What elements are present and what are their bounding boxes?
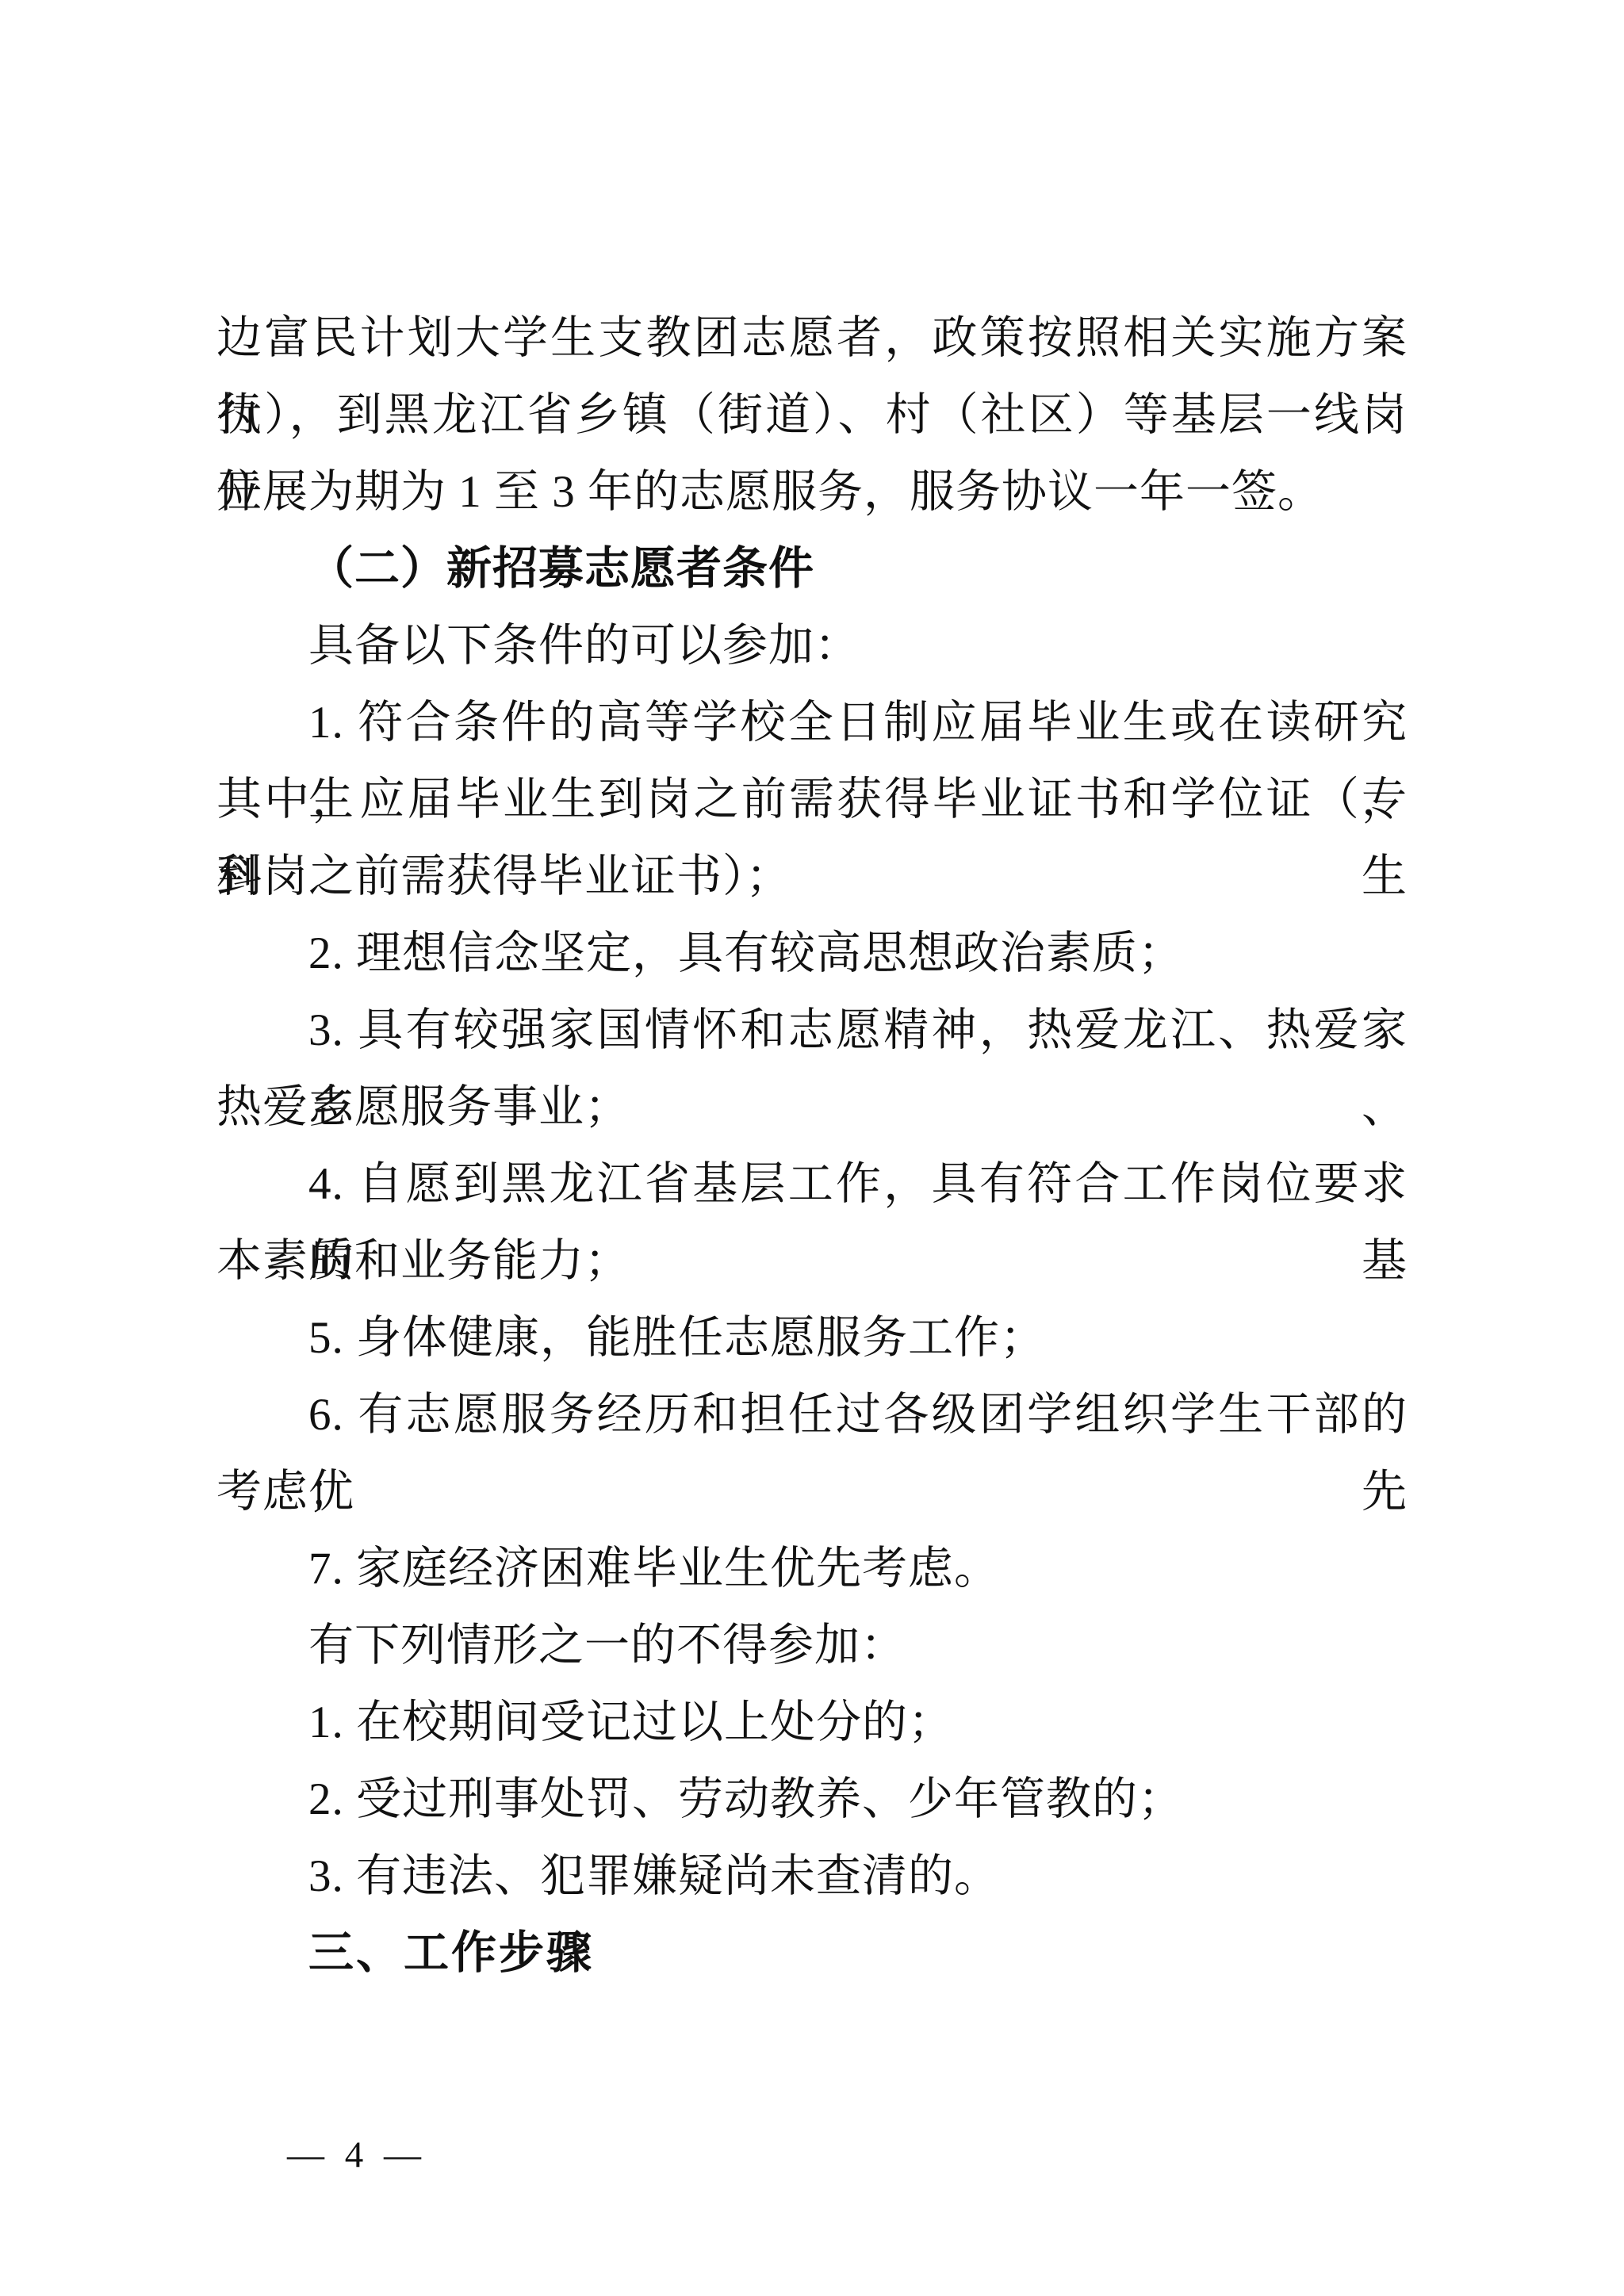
body-text-line: 行），到黑龙江省乡镇（街道）、村（社区）等基层一线岗位 <box>216 377 1408 453</box>
body-text-line: 边富民计划大学生支教团志愿者，政策按照相关实施方案执 <box>216 300 1408 377</box>
numbered-item-line: 1. 符合条件的高等学校全日制应届毕业生或在读研究生， <box>216 684 1408 761</box>
numbered-item-line: 6. 有志愿服务经历和担任过各级团学组织学生干部的优先 <box>216 1376 1408 1453</box>
body-text-line: 有下列情形之一的不得参加： <box>216 1607 1408 1684</box>
body-text-line: 开展为期为 1 至 3 年的志愿服务，服务协议一年一签。 <box>216 453 1408 530</box>
numbered-item-line: 2. 理想信念坚定，具有较高思想政治素质； <box>216 915 1408 992</box>
body-text-line: 具备以下条件的可以参加： <box>216 607 1408 684</box>
page-number: — 4 — <box>287 2131 421 2179</box>
numbered-item-line: 7. 家庭经济困难毕业生优先考虑。 <box>216 1530 1408 1607</box>
document-page: 边富民计划大学生支教团志愿者，政策按照相关实施方案执 行），到黑龙江省乡镇（街道… <box>0 0 1624 2296</box>
subsection-heading: （二）新招募志愿者条件 <box>216 530 1408 607</box>
numbered-item-line: 1. 在校期间受记过以上处分的； <box>216 1684 1408 1761</box>
numbered-item-line: 3. 有违法、犯罪嫌疑尚未查清的。 <box>216 1838 1408 1915</box>
numbered-item-line: 5. 身体健康，能胜任志愿服务工作； <box>216 1299 1408 1376</box>
numbered-item-line: 3. 具有较强家国情怀和志愿精神，热爱龙江、热爱家乡、 <box>216 992 1408 1069</box>
numbered-item-line: 4. 自愿到黑龙江省基层工作，具有符合工作岗位要求的基 <box>216 1146 1408 1223</box>
section-heading: 三、工作步骤 <box>216 1915 1408 1992</box>
numbered-item-line: 2. 受过刑事处罚、劳动教养、少年管教的； <box>216 1761 1408 1838</box>
body-text-line: 其中，应届毕业生到岗之前需获得毕业证书和学位证（专科生 <box>216 761 1408 838</box>
document-body: 边富民计划大学生支教团志愿者，政策按照相关实施方案执 行），到黑龙江省乡镇（街道… <box>216 300 1408 1992</box>
